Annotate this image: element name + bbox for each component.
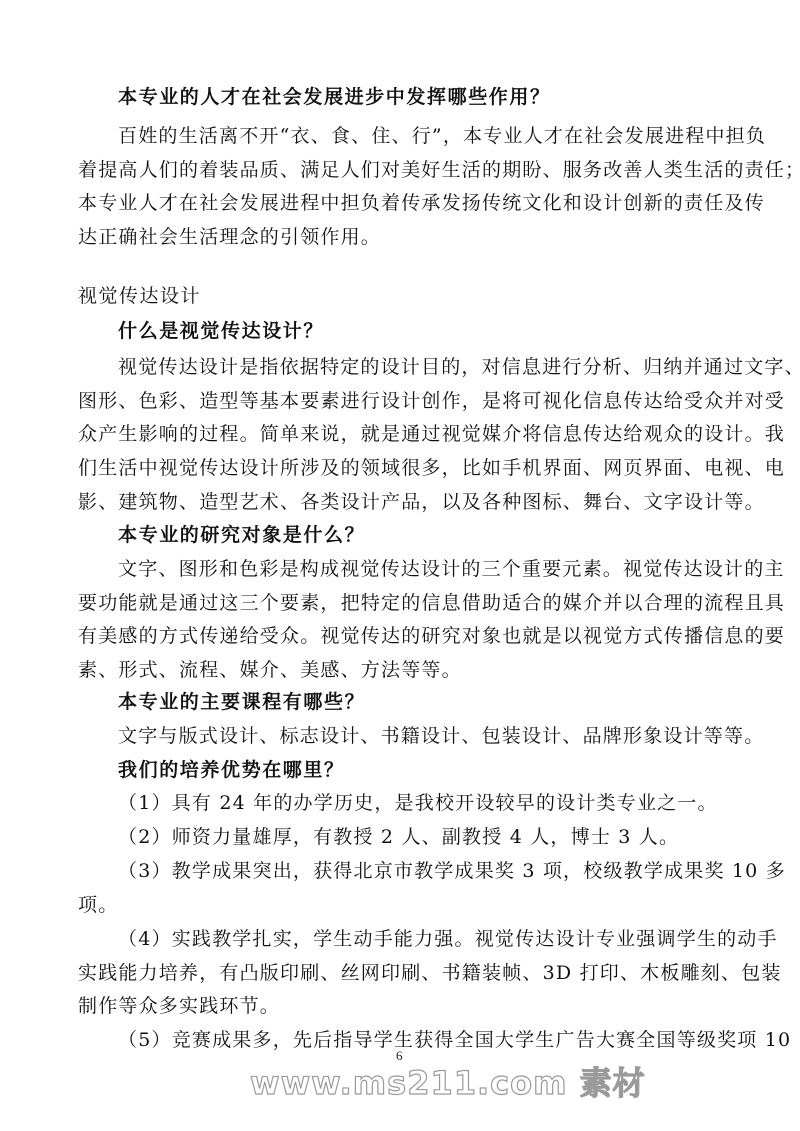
list-item-continuation: 制作等众多实践环节。 [78, 994, 740, 1018]
question-heading: 本专业的研究对象是什么？ [118, 523, 740, 547]
paragraph-line: 图形、色彩、造型等基本要素进行设计创作，是将可视化信息传达给受众并对受 [78, 389, 740, 413]
paragraph-line: 文字、图形和色彩是构成视觉传达设计的三个重要元素。视觉传达设计的主 [118, 557, 740, 581]
paragraph-line: 有美感的方式传递给受众。视觉传达的研究对象也就是以视觉方式传播信息的要 [78, 624, 740, 648]
question-heading: 本专业的人才在社会发展进步中发挥哪些作用？ [118, 85, 740, 109]
paragraph-line: 们生活中视觉传达设计所涉及的领域很多，比如手机界面、网页界面、电视、电 [78, 456, 740, 480]
list-item: （2）师资力量雄厚，有教授 2 人、副教授 4 人，博士 3 人。 [118, 825, 740, 849]
paragraph-line: 文字与版式设计、标志设计、书籍设计、包装设计、品牌形象设计等等。 [118, 724, 740, 748]
list-item: （3）教学成果突出，获得北京市教学成果奖 3 项，校级教学成果奖 10 多 [118, 859, 740, 883]
paragraph-line: 众产生影响的过程。简单来说，就是通过视觉媒介将信息传达给观众的设计。我 [78, 422, 740, 446]
paragraph-line: 百姓的生活离不开“衣、食、住、行”，本专业人才在社会发展进程中担负 [118, 124, 740, 148]
paragraph-line: 素、形式、流程、媒介、美感、方法等等。 [78, 658, 740, 682]
paragraph-line: 本专业人才在社会发展进程中担负着传承发扬传统文化和设计创新的责任及传 [78, 191, 740, 215]
list-item-continuation: 项。 [78, 893, 740, 917]
paragraph-line: 视觉传达设计是指依据特定的设计目的，对信息进行分析、归纳并通过文字、 [118, 355, 740, 379]
paragraph-line: 影、建筑物、造型艺术、各类设计产品，以及各种图标、舞台、文字设计等。 [78, 490, 740, 514]
watermark: www.ms211.com 素材 [250, 1058, 646, 1104]
question-heading: 什么是视觉传达设计？ [118, 319, 740, 343]
list-item: （5）竞赛成果多，先后指导学生获得全国大学生广告大赛全国等级奖项 10 [118, 1028, 740, 1052]
paragraph-line: 达正确社会生活理念的引领作用。 [78, 225, 740, 249]
question-heading: 本专业的主要课程有哪些？ [118, 690, 740, 714]
list-item: （1）具有 24 年的办学历史，是我校开设较早的设计类专业之一。 [118, 791, 740, 815]
paragraph-line: 着提高人们的着装品质、满足人们对美好生活的期盼、服务改善人类生活的责任； [78, 158, 740, 182]
list-item: （4）实践教学扎实，学生动手能力强。视觉传达设计专业强调学生的动手 [118, 927, 740, 951]
list-item-continuation: 实践能力培养，有凸版印刷、丝网印刷、书籍装帧、3D 打印、木板雕刻、包装 [78, 961, 740, 985]
document-page: 本专业的人才在社会发展进步中发挥哪些作用？ 百姓的生活离不开“衣、食、住、行”，… [0, 0, 800, 1131]
question-heading: 我们的培养优势在哪里？ [118, 758, 740, 782]
paragraph-line: 要功能就是通过这三个要素，把特定的信息借助适合的媒介并以合理的流程且具 [78, 591, 740, 615]
section-title: 视觉传达设计 [78, 284, 740, 308]
